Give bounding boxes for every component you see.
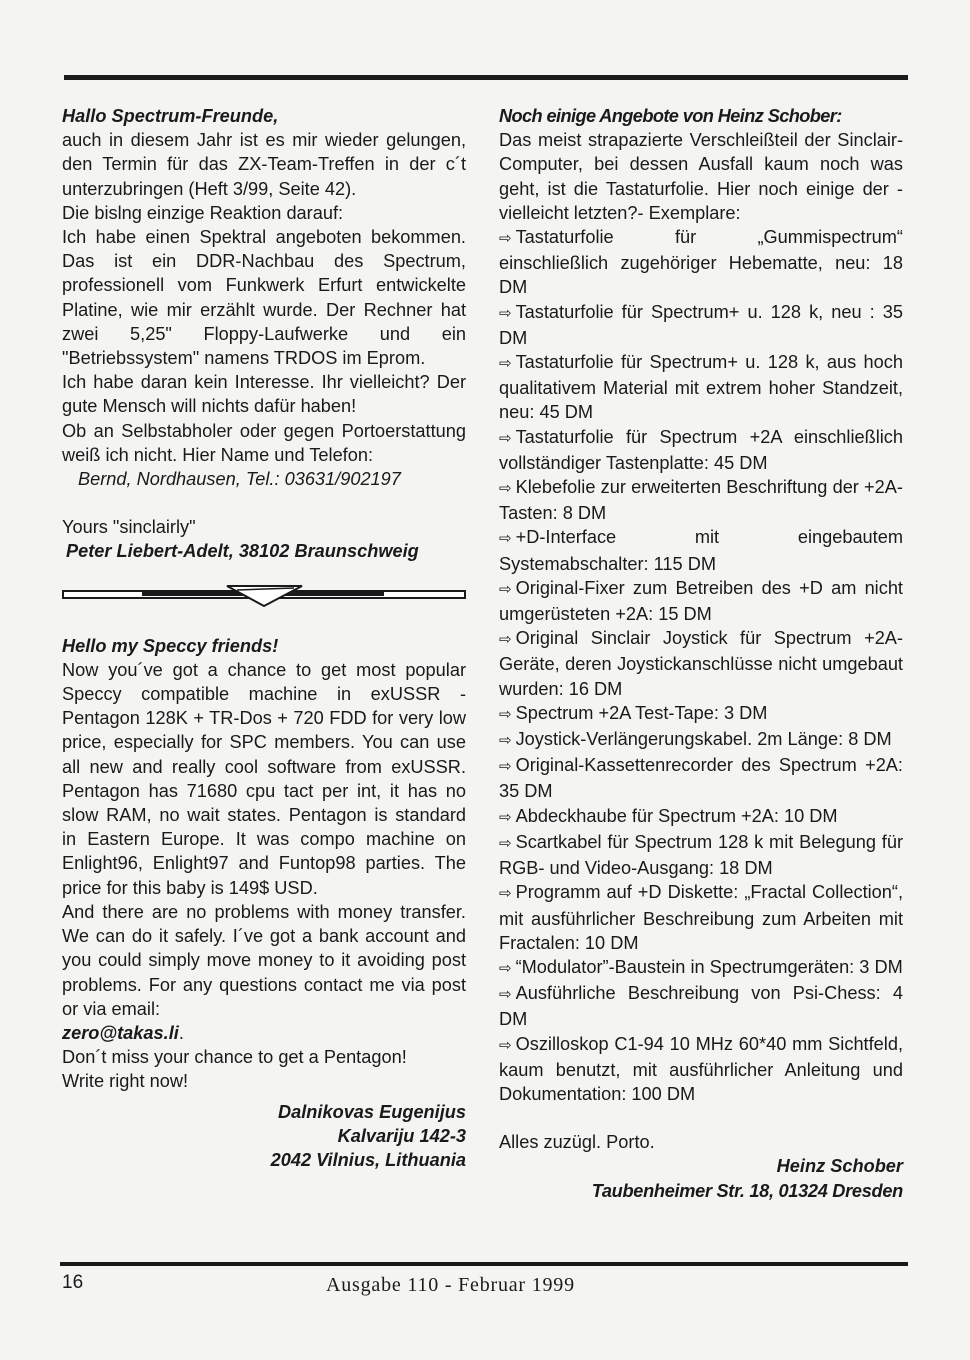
- signature-city: 2042 Vilnius, Lithuania: [62, 1148, 466, 1172]
- offer-item: ⇨Original-Fixer zum Betreiben des +D am …: [499, 576, 903, 626]
- arrow-right-icon: ⇨: [499, 477, 512, 501]
- offer-item: ⇨Abdeckhaube für Spectrum +2A: 10 DM: [499, 804, 903, 830]
- offers-list: ⇨Tastaturfolie für „Gummispectrum“ einsc…: [499, 225, 903, 1106]
- arrow-right-icon: ⇨: [499, 1034, 512, 1058]
- signature-name: Dalnikovas Eugenijus: [62, 1100, 466, 1124]
- signature-street: Kalvariju 142-3: [62, 1124, 466, 1148]
- arrow-right-icon: ⇨: [499, 302, 512, 326]
- offer-item: ⇨Tastaturfolie für Spectrum +2A einschli…: [499, 425, 903, 475]
- arrow-right-icon: ⇨: [499, 352, 512, 376]
- offer-item: ⇨Tastaturfolie für Spectrum+ u. 128 k, n…: [499, 300, 903, 350]
- paragraph: auch in diesem Jahr ist es mir wieder ge…: [62, 128, 466, 201]
- signature: Peter Liebert-Adelt, 38102 Braunschweig: [62, 539, 466, 563]
- offer-item: ⇨Spectrum +2A Test-Tape: 3 DM: [499, 701, 903, 727]
- signature-address: Taubenheimer Str. 18, 01324 Dresden: [499, 1179, 903, 1203]
- arrow-right-icon: ⇨: [499, 578, 512, 602]
- offer-item: ⇨Oszilloskop C1-94 10 MHz 60*40 mm Sicht…: [499, 1032, 903, 1107]
- offer-item: ⇨Ausführliche Beschreibung von Psi-Chess…: [499, 981, 903, 1031]
- paragraph: Die bislng einzige Reaktion darauf:: [62, 201, 466, 225]
- offer-item: ⇨Joystick-Verlängerungskabel. 2m Länge: …: [499, 727, 903, 753]
- closing-line: Don´t miss your chance to get a Pentagon…: [62, 1045, 466, 1069]
- letter-heading: Hello my Speccy friends!: [62, 634, 466, 658]
- paragraph: Now you´ve got a chance to get most popu…: [62, 658, 466, 900]
- offer-item: ⇨+D-Interface mit eingebautem Systemabsc…: [499, 525, 903, 575]
- right-column: Noch einige Angebote von Heinz Schober: …: [499, 104, 903, 1203]
- page-number: 16: [62, 1272, 83, 1294]
- offers-intro: Das meist strapazierte Verschleißteil de…: [499, 128, 903, 225]
- offer-item: ⇨Scartkabel für Spectrum 128 k mit Beleg…: [499, 830, 903, 880]
- signature-name: Heinz Schober: [499, 1154, 903, 1178]
- email-line: zero@takas.li.: [62, 1021, 466, 1045]
- arrow-right-icon: ⇨: [499, 806, 512, 830]
- offer-item: ⇨“Modulator”-Baustein in Spectrumgeräten…: [499, 955, 903, 981]
- arrow-right-icon: ⇨: [499, 832, 512, 856]
- arrow-right-icon: ⇨: [499, 957, 512, 981]
- letter-heading: Hallo Spectrum-Freunde,: [62, 104, 466, 128]
- arrow-right-icon: ⇨: [499, 882, 512, 906]
- closing: Yours "sinclairly": [62, 515, 466, 539]
- offer-item: ⇨Tastaturfolie für Spectrum+ u. 128 k, a…: [499, 350, 903, 425]
- offer-item: ⇨Original-Kassettenrecorder des Spectrum…: [499, 753, 903, 803]
- arrow-right-icon: ⇨: [499, 227, 512, 251]
- offer-item: ⇨Klebefolie zur erweiterten Beschriftung…: [499, 475, 903, 525]
- arrow-right-icon: ⇨: [499, 427, 512, 451]
- email-link[interactable]: zero@takas.li: [62, 1023, 179, 1043]
- postage-note: Alles zuzügl. Porto.: [499, 1130, 903, 1154]
- arrow-right-icon: ⇨: [499, 755, 512, 779]
- paragraph: Ich habe einen Spektral angeboten bekomm…: [62, 225, 466, 370]
- letter-speccy-friends: Hello my Speccy friends! Now you´ve got …: [62, 634, 466, 1172]
- issue-label: Ausgabe 110 - Februar 1999: [326, 1274, 575, 1297]
- paragraph: Ich habe daran kein Interesse. Ihr viell…: [62, 370, 466, 418]
- header-rule: [64, 75, 908, 80]
- offer-item: ⇨Tastaturfolie für „Gummispectrum“ einsc…: [499, 225, 903, 300]
- arrow-right-icon: ⇨: [499, 983, 512, 1007]
- paragraph: Ob an Selbstabholer oder gegen Portoerst…: [62, 419, 466, 467]
- offer-item: ⇨Programm auf +D Diskette: „Fractal Coll…: [499, 880, 903, 955]
- closing-line: Write right now!: [62, 1069, 466, 1093]
- footer-rule: [60, 1262, 908, 1266]
- offer-item: ⇨Original Sinclair Joystick für Spectrum…: [499, 626, 903, 701]
- arrow-right-icon: ⇨: [499, 527, 512, 551]
- offers-heading: Noch einige Angebote von Heinz Schober:: [499, 104, 903, 128]
- ornamental-divider: [62, 576, 466, 616]
- paragraph: And there are no problems with money tra…: [62, 900, 466, 1021]
- arrow-right-icon: ⇨: [499, 703, 512, 727]
- arrow-right-icon: ⇨: [499, 729, 512, 753]
- left-column: Hallo Spectrum-Freunde, auch in diesem J…: [62, 104, 466, 1172]
- contact-line: Bernd, Nordhausen, Tel.: 03631/902197: [62, 467, 466, 491]
- arrow-right-icon: ⇨: [499, 628, 512, 652]
- letter-spectrum-freunde: Hallo Spectrum-Freunde, auch in diesem J…: [62, 104, 466, 564]
- divider-ornament-icon: [62, 576, 466, 616]
